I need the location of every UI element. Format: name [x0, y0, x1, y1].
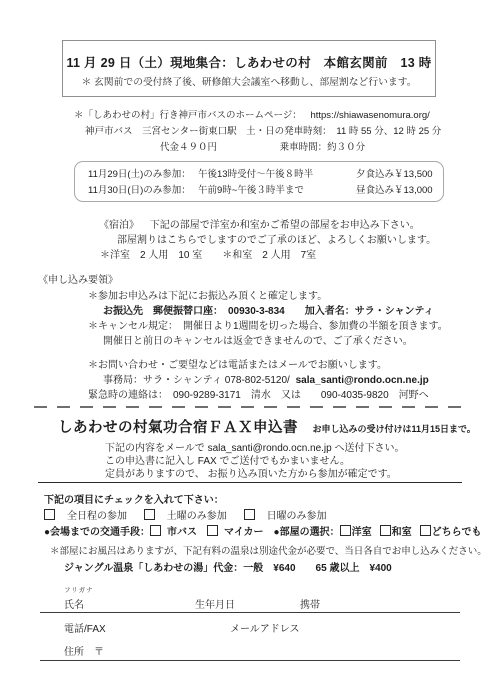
- schedule-day: 11月30日(日)のみ参加：: [88, 183, 198, 199]
- participation-label: 全日程の参加: [67, 511, 127, 522]
- application-cancel1: ＊キャンセル規定： 開催日より1週間を切った場合、参加費の半額を頂きます。: [88, 317, 448, 332]
- checklist-instruction: 下記の項目にチェックを入れて下さい：: [44, 491, 224, 506]
- name-field-label[interactable]: 氏名: [64, 596, 84, 611]
- participation-options-row: 全日程の参加 土曜のみ参加 日曜のみ参加: [44, 507, 341, 522]
- lodging-line3: ＊洋室 2 人用 10 室 ＊和室 2 人用 7室: [100, 246, 316, 261]
- schedule-price: 夕食込み￥13,500: [356, 167, 433, 183]
- room-option-label: 和室: [392, 527, 412, 538]
- fax-form-title: しあわせの村氣功合宿ＦＡＸ申込書: [58, 420, 298, 436]
- room-label: ●部屋の選択：: [274, 527, 340, 538]
- onsen-note: ＊部屋にお風呂はありますが、下記有料の温泉は別途代金が必要で、当日各自でお申し込…: [50, 543, 487, 557]
- bus-homepage-line: ＊「しあわせの村」行き神戸市バスのホームページ： https://shiawas…: [74, 107, 430, 121]
- fax-application-document: 11 月 29 日（土）現地集合：しあわせの村 本館玄関前 13 時 ＊ 玄関前…: [0, 0, 500, 700]
- application-confirm: ＊参加お申込みは下記にお振込み頂くと確定します。: [88, 287, 327, 302]
- bus-homepage-label: ＊「しあわせの村」行き神戸市バスのホームページ：: [74, 110, 302, 121]
- contact-office-line: 事務局：サラ・シャンティ 078-802-5120/ sala_santi@ro…: [103, 371, 429, 386]
- schedule-price: 昼食込み￥13,000: [356, 183, 433, 199]
- meeting-info-box: 11 月 29 日（土）現地集合：しあわせの村 本館玄関前 13 時 ＊ 玄関前…: [62, 40, 436, 97]
- participation-label: 日曜のみ参加: [267, 511, 327, 522]
- contact-emergency-line: 緊急時の連絡は： 090-9289-3171 清水 又は 090-4035-98…: [88, 386, 429, 401]
- day-schedule-box: 11月29日(土)のみ参加： 午後13時受付～午後８時半 夕食込み￥13,500…: [74, 161, 444, 202]
- bus-ride-time: 乗車時間：約３０分: [280, 142, 366, 153]
- lodging-heading: 《宿泊》: [99, 220, 139, 231]
- meeting-title: 11 月 29 日（土）現地集合：しあわせの村 本館玄関前 13 時: [63, 53, 435, 71]
- schedule-day: 11月29日(土)のみ参加：: [88, 167, 198, 183]
- schedule-time: 午後13時受付～午後８時半: [198, 167, 356, 183]
- bus-homepage-url: https://shiawasenomura.org/: [310, 110, 429, 121]
- address-field-label[interactable]: 住所 〒: [64, 643, 104, 658]
- section-divider: [38, 482, 462, 483]
- dashed-divider: [34, 406, 466, 408]
- furigana-label: フリガナ: [64, 585, 94, 594]
- transport-label: ●会場までの交通手段：: [44, 527, 150, 538]
- phone-fax-field-label[interactable]: 電話/FAX: [64, 620, 106, 635]
- schedule-row-sunday: 11月30日(日)のみ参加： 午前9時~午後３時半まで 昼食込み￥13,000: [75, 183, 443, 199]
- transport-room-row: ●会場までの交通手段：市バスマイカー●部屋の選択：洋室和室どちらでも: [44, 523, 482, 538]
- contact-office-label: 事務局：サラ・シャンティ 078-802-5120/: [103, 375, 290, 386]
- schedule-row-saturday: 11月29日(土)のみ参加： 午後13時受付～午後８時半 夕食込み￥13,500: [75, 167, 443, 183]
- checkbox-western-room[interactable]: [340, 525, 351, 536]
- checkbox-own-car[interactable]: [207, 525, 218, 536]
- application-heading: 《申し込み要領》: [38, 271, 118, 286]
- checkbox-full-participation[interactable]: [44, 509, 55, 520]
- participation-label: 土曜のみ参加: [167, 511, 227, 522]
- lodging-text1: 下記の部屋で洋室か和室かご希望の部屋をお申込み下さい。: [150, 220, 420, 231]
- application-cancel2: 開催日と前日のキャンセルは返金できませんので、ご了承ください。: [103, 332, 413, 347]
- participation-option-sunday: 日曜のみ参加: [244, 511, 327, 522]
- transport-option-label: マイカー: [224, 527, 264, 538]
- fax-mail-line3: 定員がありますので、 お振り込み頂いた方から参加が確定です。: [105, 465, 397, 480]
- participation-option-saturday: 土曜のみ参加: [144, 511, 227, 522]
- contact-office-email: sala_santi@rondo.ocn.ne.jp: [296, 375, 429, 386]
- checkbox-either-room[interactable]: [420, 525, 431, 536]
- bus-fare: 代金４９０円: [160, 142, 217, 153]
- checkbox-saturday-only[interactable]: [144, 509, 155, 520]
- schedule-time: 午前9時~午後３時半まで: [198, 183, 356, 199]
- checkbox-city-bus[interactable]: [150, 525, 161, 536]
- contact-inquiry: ＊お問い合わせ・ご要望などは電話またはメールでお願いします。: [88, 356, 387, 371]
- application-bank-info: お振込先 郵便振替口座： 00930-3-834 加入者名：サラ・シャンティ: [103, 302, 434, 317]
- participation-option-full: 全日程の参加: [44, 511, 127, 522]
- meeting-note: ＊ 玄関前での受付終了後、研修館大会議室へ移動し、部屋割など行います。: [63, 74, 435, 88]
- bus-fare-line: 代金４９０円 乗車時間：約３０分: [160, 139, 365, 153]
- fax-form-deadline: お申し込みの受け付けは11月15日まで。: [312, 424, 475, 434]
- form-rule-line-2: [40, 660, 460, 661]
- room-option-label: どちらでも: [432, 527, 482, 538]
- fax-form-header: しあわせの村氣功合宿ＦＡＸ申込書 お申し込みの受け付けは11月15日まで。: [58, 416, 476, 437]
- onsen-price: ジャングル温泉「しあわせの湯」代金：一般 ¥640 65 歳以上 ¥400: [64, 559, 392, 574]
- transport-option-label: 市バス: [167, 527, 197, 538]
- checkbox-sunday-only[interactable]: [244, 509, 255, 520]
- bus-departure-line: 神戸市バス 三宮センター街東口駅 土・日の発車時刻： 11 時 55 分、12 …: [85, 123, 441, 137]
- email-field-label[interactable]: メールアドレス: [230, 620, 300, 635]
- birthdate-field-label[interactable]: 生年月日: [195, 596, 235, 611]
- form-rule-line-1: [40, 612, 460, 613]
- lodging-line2: 部屋割りはこちらでしますのでご了承のほど、よろしくお願いします。: [117, 231, 436, 246]
- lodging-line1: 《宿泊》 下記の部屋で洋室か和室かご希望の部屋をお申込み下さい。: [99, 216, 420, 231]
- room-option-label: 洋室: [352, 527, 372, 538]
- checkbox-japanese-room[interactable]: [380, 525, 391, 536]
- mobile-field-label[interactable]: 携帯: [300, 596, 320, 611]
